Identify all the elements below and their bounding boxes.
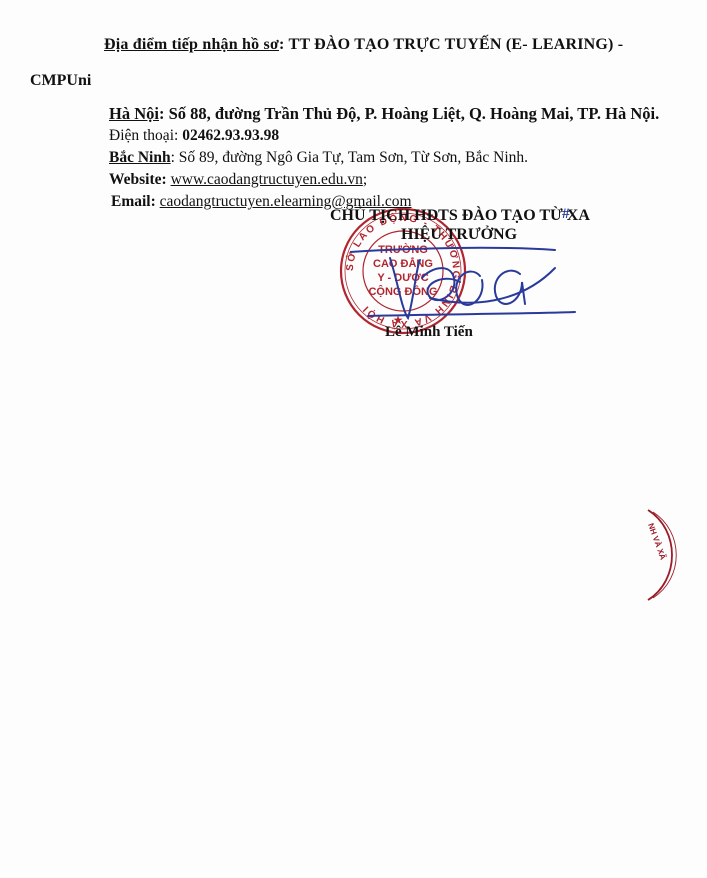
website-line: Website: www.caodangtructuyen.edu.vn; [109, 171, 367, 189]
edge-stamp-icon: NH VÀ XÃ [640, 500, 707, 610]
website-link[interactable]: www.caodangtructuyen.edu.vn [171, 171, 363, 188]
hanoi-label: Hà Nội [109, 104, 159, 123]
hanoi-address: Số 88, đường Trần Thủ Độ, P. Hoàng Liệt,… [169, 104, 660, 123]
reception-line: Địa điểm tiếp nhận hồ sơ: TT ĐÀO TẠO TRỰ… [104, 36, 623, 54]
email-label: Email: [111, 193, 160, 210]
handwritten-mark: # [562, 206, 570, 223]
reception-value: TT ĐÀO TẠO TRỰC TUYẾN (E- LEARING) - [288, 36, 623, 53]
bacninh-address-line: Bắc Ninh: Số 89, đường Ngô Gia Tự, Tam S… [109, 149, 528, 167]
reception-label: Địa điểm tiếp nhận hồ sơ [104, 36, 279, 53]
handwritten-signature-icon [350, 238, 580, 328]
signatory-name: Lê Minh Tiến [385, 324, 473, 341]
website-label: Website: [109, 171, 171, 188]
phone-label: Điện thoại: [109, 127, 182, 144]
bacninh-address: Số 89, đường Ngô Gia Tự, Tam Sơn, Từ Sơn… [179, 149, 528, 166]
signature-title: CHỦ TỊCH HĐTS ĐÀO TẠO TỪ XA [330, 207, 590, 225]
hanoi-address-line: Hà Nội: Số 88, đường Trần Thủ Độ, P. Hoà… [109, 104, 659, 124]
bacninh-label: Bắc Ninh [109, 149, 171, 166]
reception-value-cont: CMPUni [30, 72, 91, 90]
phone-value: 02462.93.93.98 [182, 127, 279, 144]
phone-line: Điện thoại: 02462.93.93.98 [109, 127, 279, 145]
